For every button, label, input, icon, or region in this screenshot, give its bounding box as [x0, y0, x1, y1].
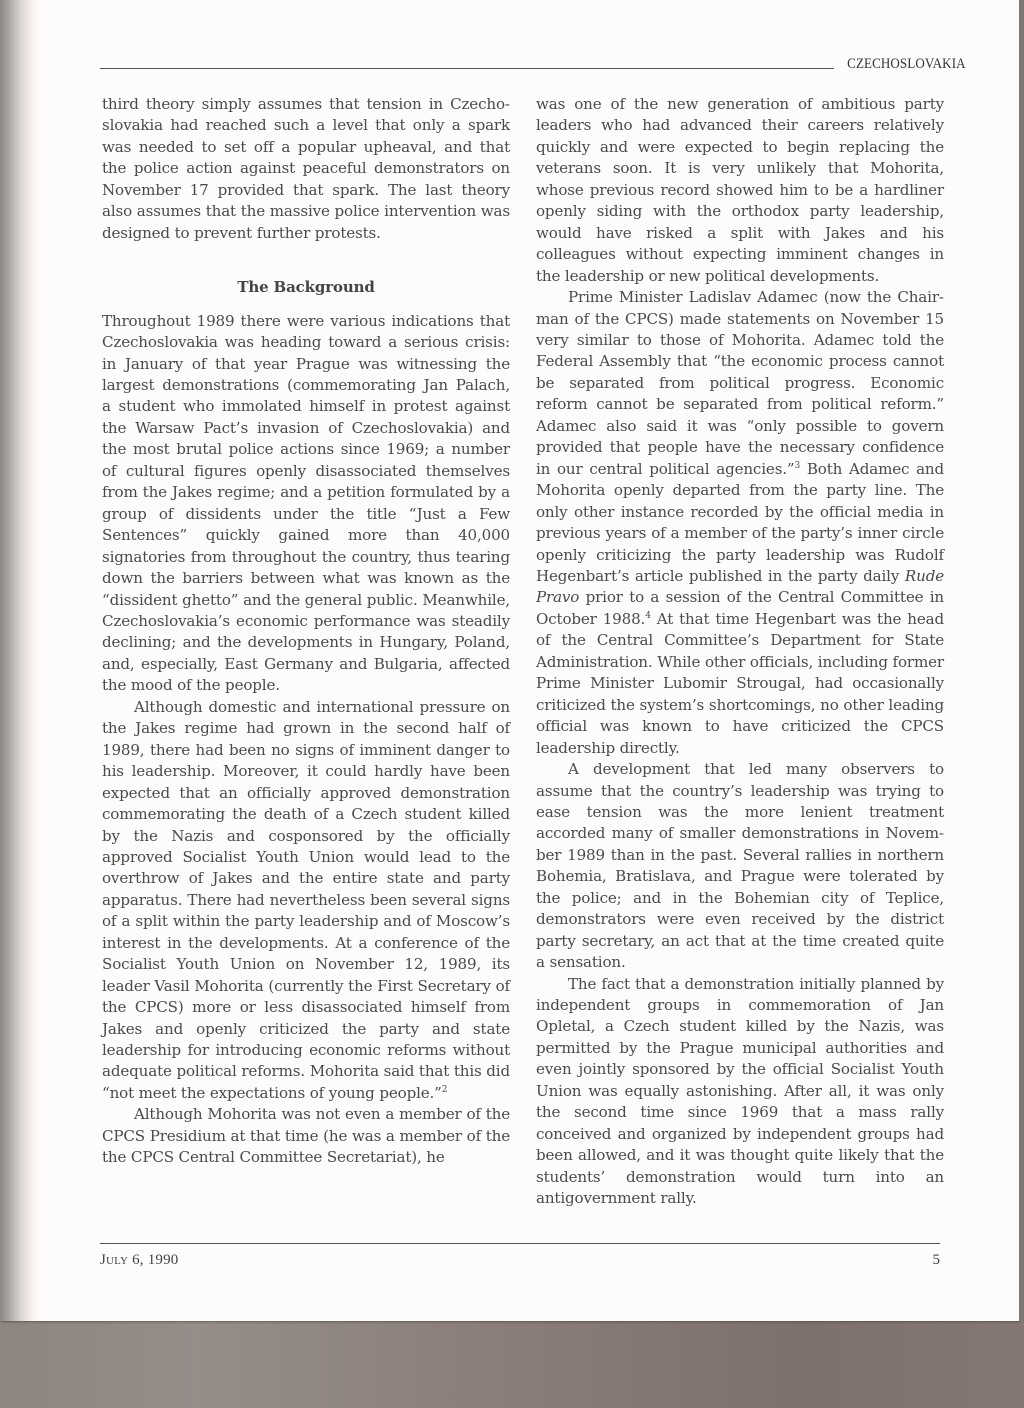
paragraph-text: Prime Minister Ladislav Adamec (now the …: [536, 288, 944, 478]
paragraph-text: Both Adamec and Mohorita openly departed…: [536, 460, 944, 585]
paragraph: Throughout 1989 there were various indic…: [102, 311, 510, 697]
paragraph: Although domestic and international pres…: [102, 697, 510, 1105]
footer-rule: [100, 1243, 940, 1244]
magazine-page: CZECHOSLOVAKIA third theory simply assum…: [0, 0, 1019, 1321]
issue-date: July 6, 1990: [100, 1252, 179, 1269]
left-column: third theory simply assumes that tension…: [102, 94, 510, 1169]
page-number: 5: [933, 1252, 941, 1269]
page-footer: July 6, 1990 5: [100, 1243, 940, 1269]
paragraph: was one of the new generation of ambitio…: [536, 94, 944, 287]
paragraph-text: Although domestic and international pres…: [102, 698, 510, 1102]
section-heading: The Background: [102, 277, 510, 298]
paragraph-text: At that time Hegenbart was the head of t…: [536, 610, 944, 757]
binding-shadow: [0, 0, 38, 1321]
right-column: was one of the new generation of ambitio…: [536, 94, 944, 1210]
footnote-mark: 4: [645, 611, 651, 621]
paragraph: Although Mohorita was not even a member …: [102, 1104, 510, 1168]
running-header: CZECHOSLOVAKIA: [100, 52, 966, 72]
paragraph: A development that led many observers to…: [536, 759, 944, 974]
header-rule: [100, 68, 834, 69]
paragraph: The fact that a demonstration initially …: [536, 974, 944, 1210]
paragraph: third theory simply assumes that tension…: [102, 94, 510, 244]
page-edge-shadow: [1019, 0, 1024, 1321]
footnote-mark: 2: [442, 1085, 448, 1095]
paragraph: Prime Minister Ladislav Adamec (now the …: [536, 287, 944, 759]
footnote-mark: 3: [795, 461, 801, 471]
running-title: CZECHOSLOVAKIA: [848, 56, 966, 72]
